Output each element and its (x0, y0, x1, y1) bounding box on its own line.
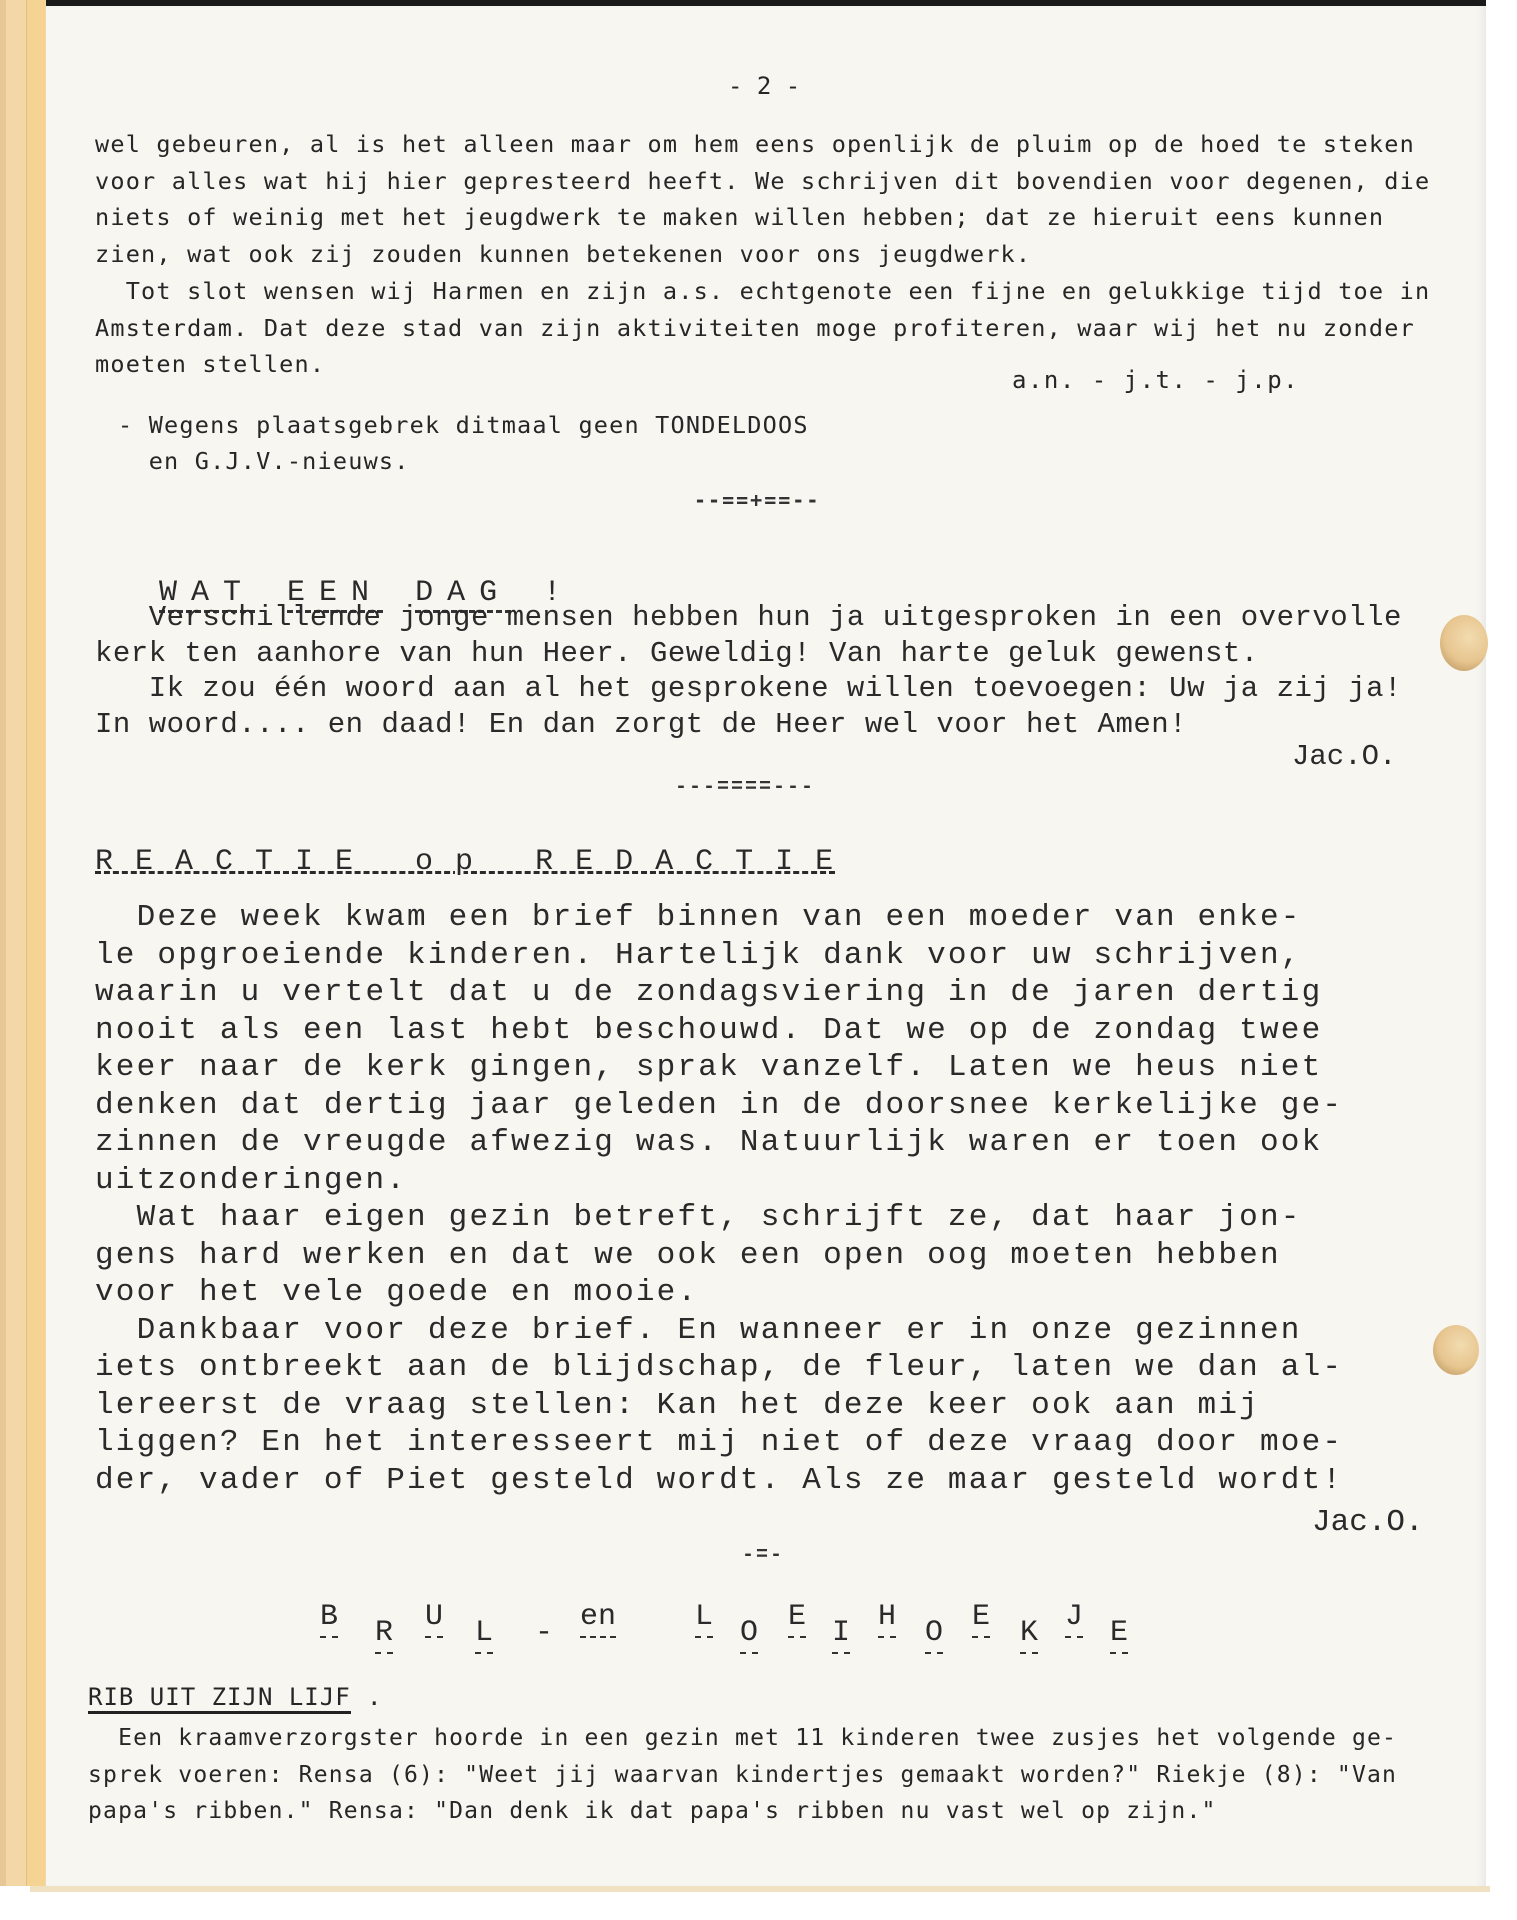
text-line: wel gebeuren, al is het alleen maar om h… (95, 126, 1415, 163)
text-line: Dankbaar voor deze brief. En wanneer er … (95, 1312, 1302, 1349)
heading-letter: E (972, 1600, 990, 1638)
text-line: In woord.... en daad! En dan zorgt de He… (95, 707, 1187, 743)
text-line: keer naar de kerk gingen, sprak vanzelf.… (95, 1049, 1322, 1086)
text-line: iets ontbreekt aan de blijdschap, de fle… (95, 1349, 1343, 1386)
text-line: liggen? En het interesseert mij niet of … (95, 1424, 1343, 1461)
wat-een-dag-signature: Jac.O. (1292, 740, 1396, 773)
punch-hole-top (1440, 615, 1488, 671)
text-line: zien, wat ook zij zouden kunnen betekene… (95, 236, 1031, 273)
reactie-signature: Jac.O. (1312, 1505, 1424, 1540)
heading-letter: E (788, 1600, 806, 1638)
text-line: - Wegens plaatsgebrek ditmaal geen TONDE… (118, 407, 809, 444)
subheading-period: . (367, 1683, 381, 1711)
heading-letter: - (535, 1616, 553, 1652)
heading-letter: I (832, 1616, 850, 1654)
text-line: Verschillende jonge mensen hebben hun ja… (95, 600, 1402, 636)
text-line: moeten stellen. (95, 346, 325, 383)
text-line: le opgroeiende kinderen. Hartelijk dank … (95, 937, 1302, 974)
text-line: denken dat dertig jaar geleden in de doo… (95, 1087, 1343, 1124)
separator-1: --==+==-- (694, 488, 820, 512)
scan-bottom-edge (0, 1886, 1517, 1920)
text-line: voor alles wat hij hier gepresteerd heef… (95, 163, 1430, 200)
heading-letter: L (695, 1600, 713, 1638)
text-line: voor het vele goede en mooie. (95, 1274, 698, 1311)
scan-right-margin (1486, 0, 1517, 1920)
text-line: Wat haar eigen gezin betreft, schrijft z… (95, 1199, 1302, 1236)
text-line: Amsterdam. Dat deze stad van zijn aktivi… (95, 310, 1415, 347)
folder-edge (0, 0, 46, 1920)
text-line: Deze week kwam een brief binnen van een … (95, 899, 1302, 936)
text-line: en G.J.V.-nieuws. (118, 443, 410, 480)
text-line: lereerst de vraag stellen: Kan het deze … (95, 1387, 1260, 1424)
text-line: zinnen de vreugde afwezig was. Natuurlij… (95, 1124, 1322, 1161)
text-line: gens hard werken en dat we ook een open … (95, 1237, 1281, 1274)
text-line: Een kraamverzorgster hoorde in een gezin… (88, 1720, 1397, 1757)
separator-2: ---====--- (675, 776, 815, 799)
heading-letter: O (740, 1616, 758, 1654)
text-line: waarin u vertelt dat u de zondagsviering… (95, 974, 1322, 1011)
heading-letter: E (1110, 1616, 1128, 1654)
punch-hole-bottom (1433, 1325, 1479, 1375)
text-line: kerk ten aanhore van hun Heer. Geweldig!… (95, 636, 1259, 672)
heading-letter: J (1065, 1600, 1083, 1638)
text-line: niets of weinig met het jeugdwerk te mak… (95, 199, 1384, 236)
text-line: sprek voeren: Rensa (6): "Weet jij waarv… (88, 1757, 1397, 1794)
heading-letter: K (1020, 1616, 1038, 1654)
heading-reactie-op-redactie: R E A C T I E o p R E D A C T I E (95, 845, 835, 879)
intro-signature: a.n. - j.t. - j.p. (1012, 366, 1299, 394)
heading-letter: B (320, 1600, 338, 1638)
text-line: papa's ribben." Rensa: "Dan denk ik dat … (88, 1793, 1217, 1830)
heading-letter: R (375, 1616, 393, 1654)
text-line: nooit als een last hebt beschouwd. Dat w… (95, 1012, 1322, 1049)
heading-letter: U (425, 1600, 443, 1638)
heading-letter: L (475, 1616, 493, 1654)
text-line: Ik zou één woord aan al het gesprokene w… (95, 671, 1402, 707)
text-line: Tot slot wensen wij Harmen en zijn a.s. … (95, 273, 1430, 310)
heading-letter: H (878, 1600, 896, 1638)
text-line: uitzonderingen. (95, 1162, 407, 1199)
heading-letter: O (925, 1616, 943, 1654)
subheading-rib-uit-zijn-lijf: RIB UIT ZIJN LIJF (88, 1683, 351, 1714)
separator-3: -=- (742, 1544, 784, 1567)
text-line: der, vader of Piet gesteld wordt. Als ze… (95, 1462, 1343, 1499)
heading-letter: en (580, 1600, 616, 1638)
page-number: - 2 - (728, 72, 800, 100)
